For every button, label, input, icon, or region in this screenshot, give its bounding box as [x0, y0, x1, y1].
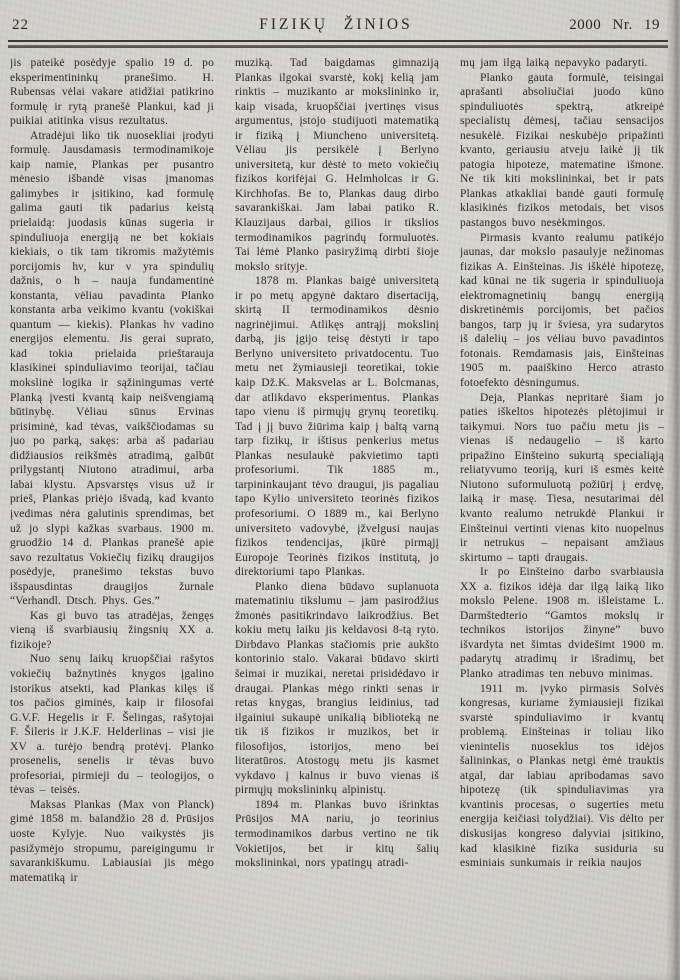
paragraph: mų jam ilgą laiką nepavyko padaryti. — [460, 56, 664, 71]
paragraph: Maksas Plankas (Max von Planck) gimė 185… — [10, 798, 214, 885]
paragraph: Deja, Plankas nepritarė šiam jo paties i… — [460, 391, 664, 566]
page-header: 22 FIZIKŲ ŽINIOS 2000 Nr. 19 — [12, 16, 660, 34]
scan-edge-shadow-right — [666, 0, 680, 980]
page-number: 22 — [12, 17, 132, 34]
scan-edge-shadow-bottom — [0, 972, 680, 980]
paragraph: Ir po Einšteino darbo svarbiausia XX a. … — [460, 565, 664, 681]
text-column-3: mų jam ilgą laiką nepavyko padaryti. Pla… — [460, 56, 664, 966]
scanned-journal-page: 22 FIZIKŲ ŽINIOS 2000 Nr. 19 jis pateikė… — [0, 0, 680, 980]
paragraph: Planko diena būdavo suplanuota matematin… — [235, 580, 439, 798]
paragraph: Kas gi buvo tas atradėjas, žengęs vieną … — [10, 609, 214, 653]
paragraph: jis pateikė posėdyje spalio 19 d. po eks… — [10, 56, 214, 129]
rule-line-thick — [8, 45, 668, 48]
article-body: jis pateikė posėdyje spalio 19 d. po eks… — [10, 56, 664, 966]
header-double-rule — [8, 40, 668, 48]
paragraph: Planko gauta formulė, teisingai aprašant… — [460, 71, 664, 231]
text-column-1: jis pateikė posėdyje spalio 19 d. po eks… — [10, 56, 214, 966]
paragraph: 1894 m. Plankas buvo išrinktas Prūsijos … — [235, 798, 439, 871]
rule-line-thin — [8, 40, 668, 42]
paragraph: Atradėjui liko tik nuosekliai įrodyti fo… — [10, 129, 214, 609]
paragraph: 1911 m. įvyko pirmasis Solvės kongresas,… — [460, 682, 664, 871]
issue-info: 2000 Nr. 19 — [540, 17, 660, 34]
journal-title: FIZIKŲ ŽINIOS — [132, 16, 540, 34]
paragraph: 1878 m. Plankas baigė universitetą ir po… — [235, 274, 439, 579]
paragraph: Pirmasis kvanto realumu patikėjo jaunas,… — [460, 231, 664, 391]
text-column-2: muziką. Tad baigdamas gimnaziją Plankas … — [235, 56, 439, 966]
paragraph: muziką. Tad baigdamas gimnaziją Plankas … — [235, 56, 439, 274]
paragraph: Nuo senų laikų kruopščiai rašytos vokieč… — [10, 652, 214, 797]
